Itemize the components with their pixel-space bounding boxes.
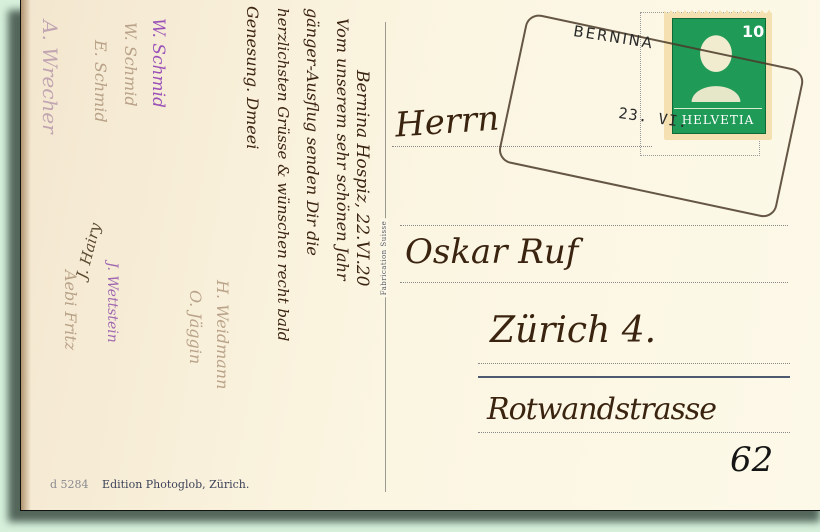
address-salutation: Herrn: [394, 98, 501, 145]
address-number: 62: [730, 440, 773, 480]
signature-1: W. Schmid: [148, 18, 168, 108]
message-place-date: Bernina Hospiz, 22.VI.20: [352, 70, 372, 286]
message-line-3: herzlichsten Grüsse & wünschen recht bal…: [274, 8, 292, 341]
signature-8: O. Jäggin: [186, 290, 205, 364]
signature-7: A. Wrecher: [38, 20, 62, 134]
message-line-1: Vom unserem sehr schönen Jahr: [333, 18, 352, 281]
publisher-number: d 5284: [50, 478, 89, 491]
stamp-denomination: 10: [742, 22, 764, 41]
address-line-4: [478, 363, 790, 364]
message-line-2: gänger-Ausflug senden Dir die: [303, 8, 322, 256]
publisher-name: Edition Photoglob, Zürich.: [102, 478, 249, 491]
signature-9: H. Weidmann: [213, 280, 232, 389]
address-city: Zürich 4.: [490, 310, 656, 351]
signature-5: J. Wettstein: [104, 262, 120, 343]
address-line-2: [400, 225, 788, 226]
publisher-imprint: d 5284 Edition Photoglob, Zürich.: [50, 478, 249, 491]
city-underline: [478, 376, 790, 378]
address-line-3: [400, 282, 788, 283]
signature-6: Aebi Fritz: [61, 270, 80, 350]
fabrication-imprint: Fabrication Suisse: [380, 219, 388, 298]
address-name: Oskar Ruf: [405, 232, 578, 272]
signature-3: E. Schmid: [91, 40, 110, 123]
address-line-5: [478, 432, 790, 433]
address-street: Rotwandstrasse: [487, 392, 716, 427]
message-line-4: Genesung. Dmeei: [243, 6, 262, 149]
signature-2: W. Schmid: [121, 22, 140, 107]
